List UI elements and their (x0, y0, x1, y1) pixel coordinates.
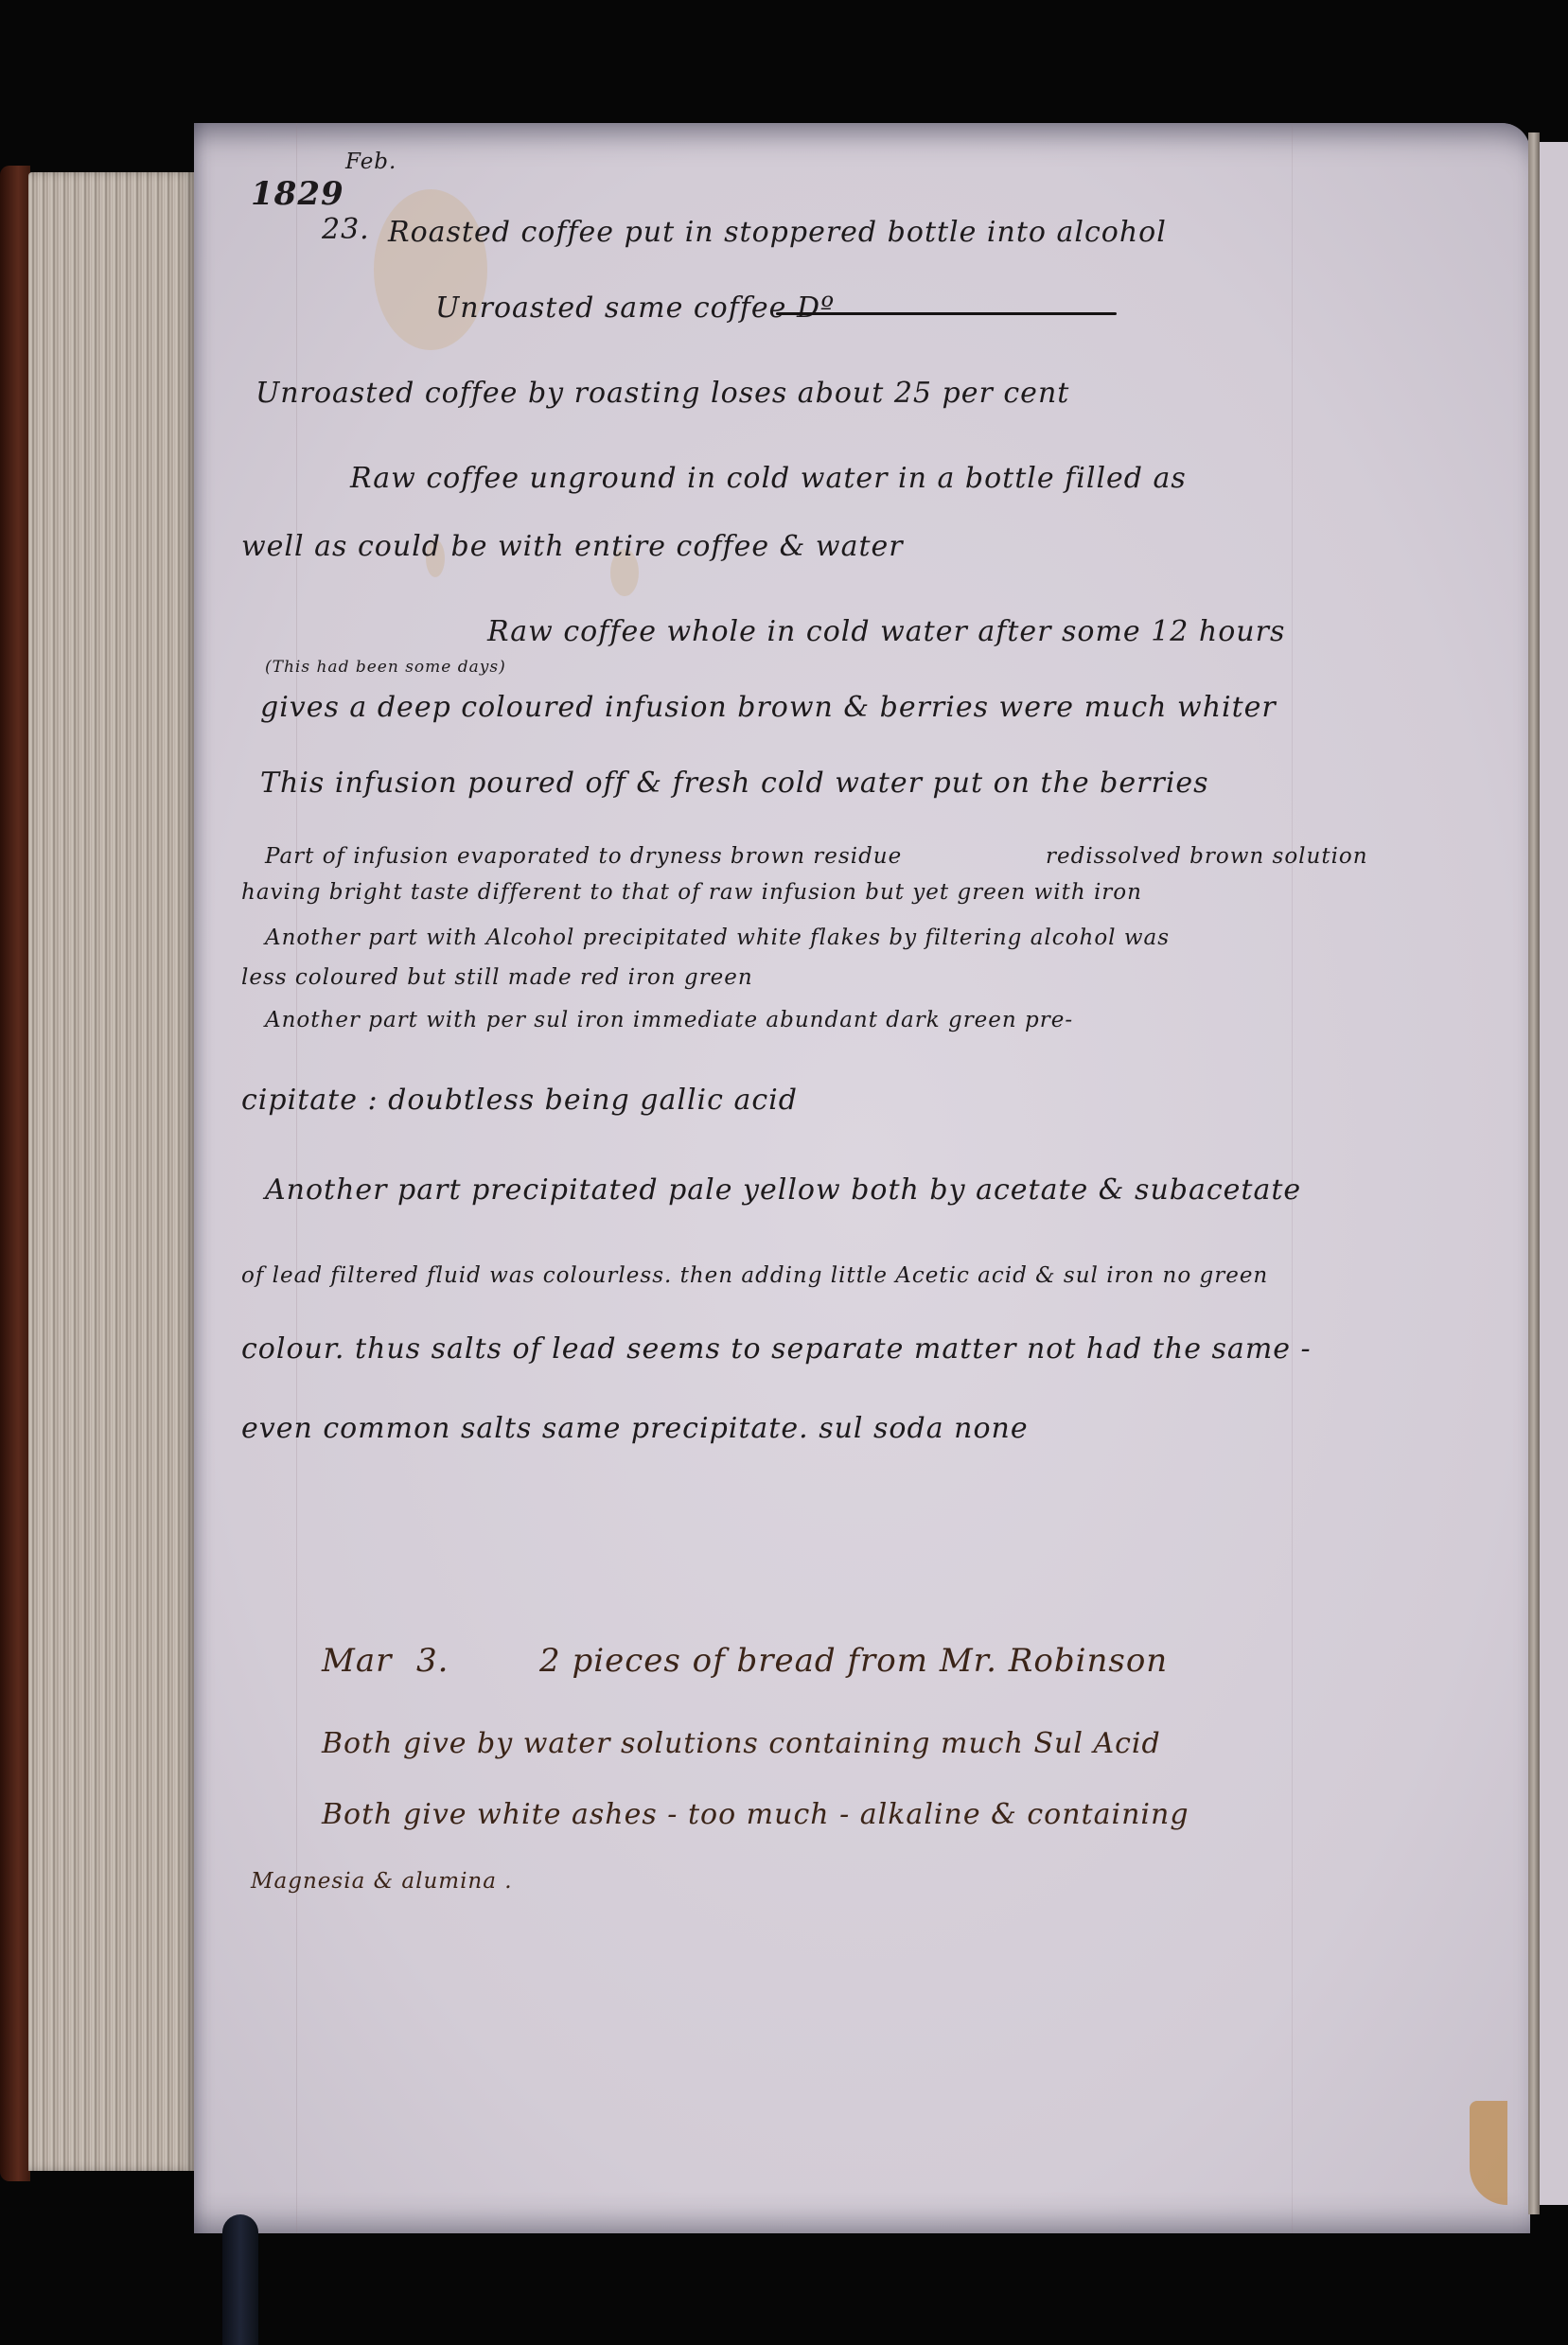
entry-month: Mar (322, 1642, 392, 1680)
text-line: gives a deep coloured infusion brown & b… (260, 691, 1277, 724)
book-spine-gutter (1528, 132, 1540, 2214)
text-line: having bright taste different to that of… (241, 880, 1142, 905)
text-line: well as could be with entire coffee & wa… (241, 530, 904, 563)
text-line: colour. thus salts of lead seems to sepa… (241, 1332, 1312, 1366)
entry-day: 3. (416, 1642, 449, 1680)
holding-thumb (222, 2214, 258, 2345)
page-block-edges (28, 172, 194, 2171)
text-line: Roasted coffee put in stoppered bottle i… (388, 216, 1167, 249)
entry-month: Feb. (345, 150, 396, 174)
text-line: Another part with Alcohol precipitated w… (265, 926, 1170, 950)
text-line: even common salts same precipitate. sul … (241, 1412, 1029, 1445)
text-line: Both give white ashes - too much - alkal… (322, 1798, 1189, 1831)
entry-day: 23. (322, 213, 370, 246)
text-line: Raw coffee unground in cold water in a b… (350, 462, 1187, 495)
text-line: Another part with per sul iron immediate… (265, 1008, 1073, 1032)
ditto-rule (776, 312, 1117, 315)
corner-stain (1470, 2101, 1507, 2205)
marginal-note: (This had been some days) (265, 658, 506, 677)
text-line: Unroasted coffee by roasting loses about… (255, 377, 1069, 410)
text-line: Raw coffee whole in cold water after som… (487, 615, 1285, 648)
text-line: less coloured but still made red iron gr… (241, 965, 753, 990)
text-line: of lead filtered fluid was colourless. t… (241, 1263, 1268, 1288)
text-line: redissolved brown solution (1046, 844, 1368, 869)
entry-year: 1829 (251, 175, 344, 213)
text-line: Part of infusion evaporated to dryness b… (265, 844, 902, 869)
text-line: 2 pieces of bread from Mr. Robinson (539, 1642, 1168, 1680)
book-cover-leather (0, 166, 30, 2181)
text-line: Magnesia & alumina . (251, 1869, 513, 1894)
text-line: This infusion poured off & fresh cold wa… (260, 767, 1209, 800)
notebook-page: 1829 Feb. 23. Roasted coffee put in stop… (194, 123, 1530, 2233)
text-line: Both give by water solutions containing … (322, 1727, 1161, 1760)
text-line: Another part precipitated pale yellow bo… (265, 1173, 1301, 1207)
facing-page-edge (1540, 142, 1568, 2205)
text-line: cipitate : doubtless being gallic acid (241, 1084, 798, 1117)
water-stain (374, 189, 487, 350)
text-line: Unroasted same coffee Dº (435, 291, 835, 325)
